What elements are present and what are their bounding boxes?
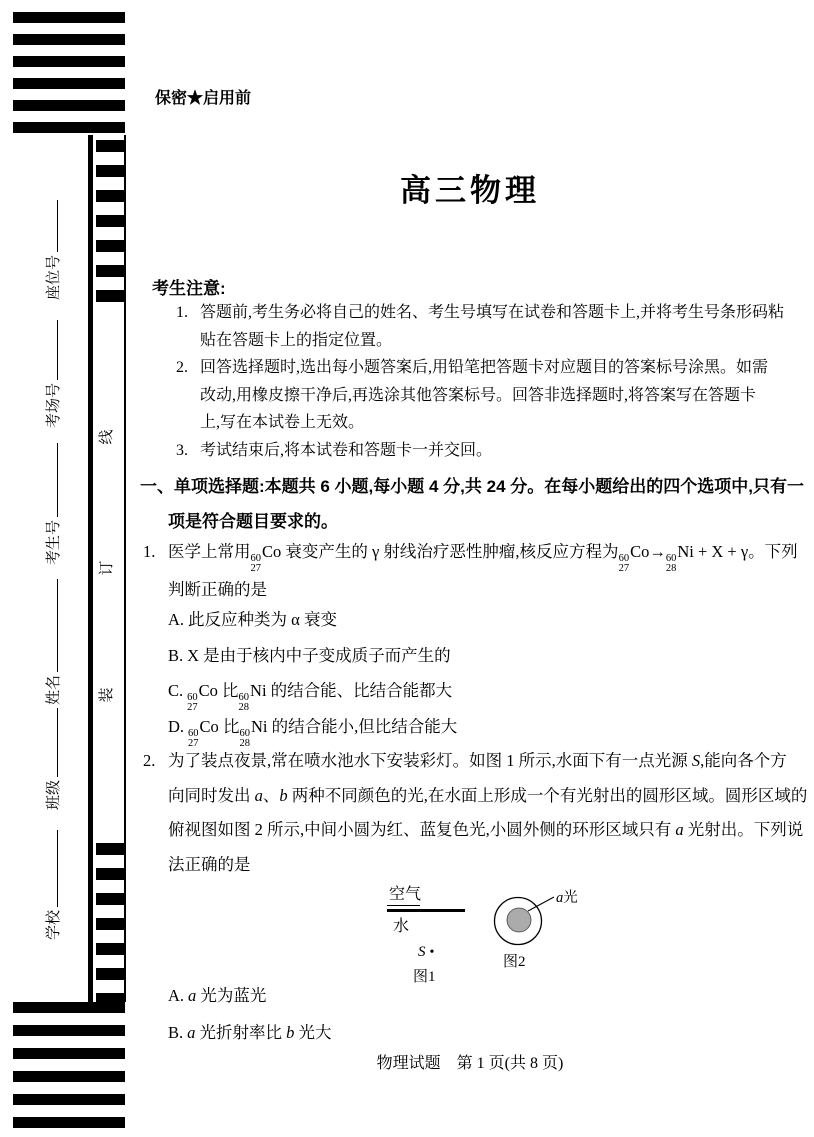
blank-line (46, 579, 58, 672)
field-name: 姓名 (42, 579, 62, 705)
blank-line (46, 708, 58, 777)
registration-bars-bottom (13, 1002, 125, 1128)
field-label: 学校 (42, 910, 63, 940)
field-label: 座位号 (42, 255, 63, 300)
section-heading-line: 一、单项选择题:本题共 6 小题,每小题 4 分,共 24 分。在每小题给出的四… (140, 469, 808, 504)
field-class: 班级 (42, 708, 62, 810)
question-2: 2. 为了装点夜景,常在喷水池水下安装彩灯。如图 1 所示,水面下有一点光源 S… (143, 744, 807, 882)
field-label: 考生号 (42, 520, 63, 565)
page-title: 高三物理 (140, 165, 800, 210)
figure-1-caption: 图1 (387, 965, 477, 986)
question-2-line-4: 法正确的是 (168, 848, 807, 883)
field-candidate-number: 考生号 (42, 443, 62, 565)
figure-2-caption: 图2 (503, 950, 526, 971)
seam-char-zhuang: 装 (98, 686, 116, 704)
blank-line (46, 830, 58, 907)
seam-char-line: 线 (98, 428, 116, 446)
option-d: D.6027Co 比6028Ni 的结合能小,但比结合能大 (168, 709, 457, 745)
notice-text-line: 上,写在本试卷上无效。 (200, 409, 801, 437)
field-label: 班级 (42, 780, 63, 810)
question-1: 1. 医学上常用6027Co 衰变产生的 γ 射线治疗恶性肿瘤,核反应方程为60… (143, 536, 798, 605)
blank-line (46, 320, 58, 380)
item-number: 2. (176, 354, 200, 437)
notice-heading: 考生注意: (152, 274, 226, 299)
field-seat-number: 座位号 (42, 200, 62, 300)
blank-line (46, 200, 58, 252)
field-school: 学校 (42, 830, 62, 940)
field-label: 姓名 (42, 675, 63, 705)
option-a: A.a 光为蓝光 (168, 977, 332, 1014)
question-number: 2. (143, 744, 168, 882)
field-label: 考场号 (42, 383, 63, 428)
item-number: 1. (176, 299, 200, 354)
question-number: 1. (143, 536, 168, 605)
question-1-options: A.此反应种类为 α 衰变 B.X 是由于核内中子变成质子而产生的 C.6027… (168, 602, 457, 744)
notice-item: 3. 考试结束后,将本试卷和答题卡一并交回。 (176, 437, 801, 465)
notice-item: 2. 回答选择题时,选出每小题答案后,用铅笔把答题卡对应题目的答案标号涂黑。如需… (176, 354, 801, 437)
notice-text-line: 贴在答题卡上的指定位置。 (200, 327, 801, 355)
notice-item: 1. 答题前,考生务必将自己的姓名、考生号填写在试卷和答题卡上,并将考生号条形码… (176, 299, 801, 354)
water-label: 水 (387, 913, 477, 936)
item-number: 3. (176, 437, 200, 465)
confidential-notice: 保密★启用前 (155, 85, 251, 108)
light-source-s: S• (387, 944, 477, 961)
question-1-line-2: 判断正确的是 (168, 574, 798, 605)
arrow-glyph: → (649, 542, 666, 561)
option-c: C.6027Co 比6028Ni 的结合能、比结合能都大 (168, 673, 457, 709)
air-label: 空气 (387, 881, 477, 904)
notice-text-line: 考试结束后,将本试卷和答题卡一并交回。 (200, 437, 801, 465)
a-light-label: a光 (556, 889, 578, 906)
ladder-stripes-top (96, 140, 125, 307)
option-a: A.此反应种类为 α 衰变 (168, 602, 457, 638)
notice-text-line: 回答选择题时,选出每小题答案后,用铅笔把答题卡对应题目的答案标号涂黑。如需 (200, 354, 801, 382)
field-room-number: 考场号 (42, 320, 62, 428)
notice-text-line: 改动,用橡皮擦干净后,再选涂其他答案标号。回答非选择题时,将答案写在答题卡 (200, 382, 801, 410)
figure-2-top-view: a光 (482, 883, 600, 951)
water-surface-line (387, 909, 465, 912)
notice-list: 1. 答题前,考生务必将自己的姓名、考生号填写在试卷和答题卡上,并将考生号条形码… (176, 299, 801, 464)
question-2-line-3: 俯视图如图 2 所示,中间小圆为红、蓝复色光,小圆外侧的环形区域只有 a 光射出… (168, 813, 807, 848)
question-2-line-2: 向同时发出 a、b 两种不同颜色的光,在水面上形成一个有光射出的圆形区域。圆形区… (168, 779, 807, 814)
blank-line (46, 443, 58, 517)
air-underline (387, 905, 420, 906)
ladder-stripes-bottom (96, 843, 125, 1002)
nuclide-notation: 6028 (666, 554, 677, 574)
nuclide-notation: 6027 (619, 554, 630, 574)
question-2-options: A.a 光为蓝光 B.a 光折射率比 b 光大 (168, 977, 332, 1051)
registration-bars-top (13, 12, 125, 135)
seam-char-ding: 订 (98, 559, 116, 577)
notice-text-line: 答题前,考生务必将自己的姓名、考生号填写在试卷和答题卡上,并将考生号条形码粘 (200, 299, 801, 327)
inner-mixed-light-circle (507, 908, 531, 932)
figure-1-water-surface: 空气 水 S• 图1 (387, 881, 477, 986)
option-b: B.a 光折射率比 b 光大 (168, 1014, 332, 1051)
section-1-heading: 一、单项选择题:本题共 6 小题,每小题 4 分,共 24 分。在每小题给出的四… (140, 469, 808, 539)
exam-page: 座位号 考场号 考生号 姓名 班级 学校 线 订 装 保密★启用前 高三物理 考… (0, 0, 814, 1137)
option-b: B.X 是由于核内中子变成质子而产生的 (168, 638, 457, 674)
binding-line-thick (88, 135, 93, 1002)
section-heading-line: 项是符合题目要求的。 (140, 504, 808, 539)
question-2-line-1: 为了装点夜景,常在喷水池水下安装彩灯。如图 1 所示,水面下有一点光源 S,能向… (168, 744, 807, 779)
point-dot: • (430, 945, 435, 960)
question-1-line-1: 医学上常用6027Co 衰变产生的 γ 射线治疗恶性肿瘤,核反应方程为6027C… (168, 536, 798, 574)
nuclide-notation: 6027 (251, 554, 262, 574)
page-footer: 物理试题 第 1 页(共 8 页) (140, 1050, 800, 1073)
